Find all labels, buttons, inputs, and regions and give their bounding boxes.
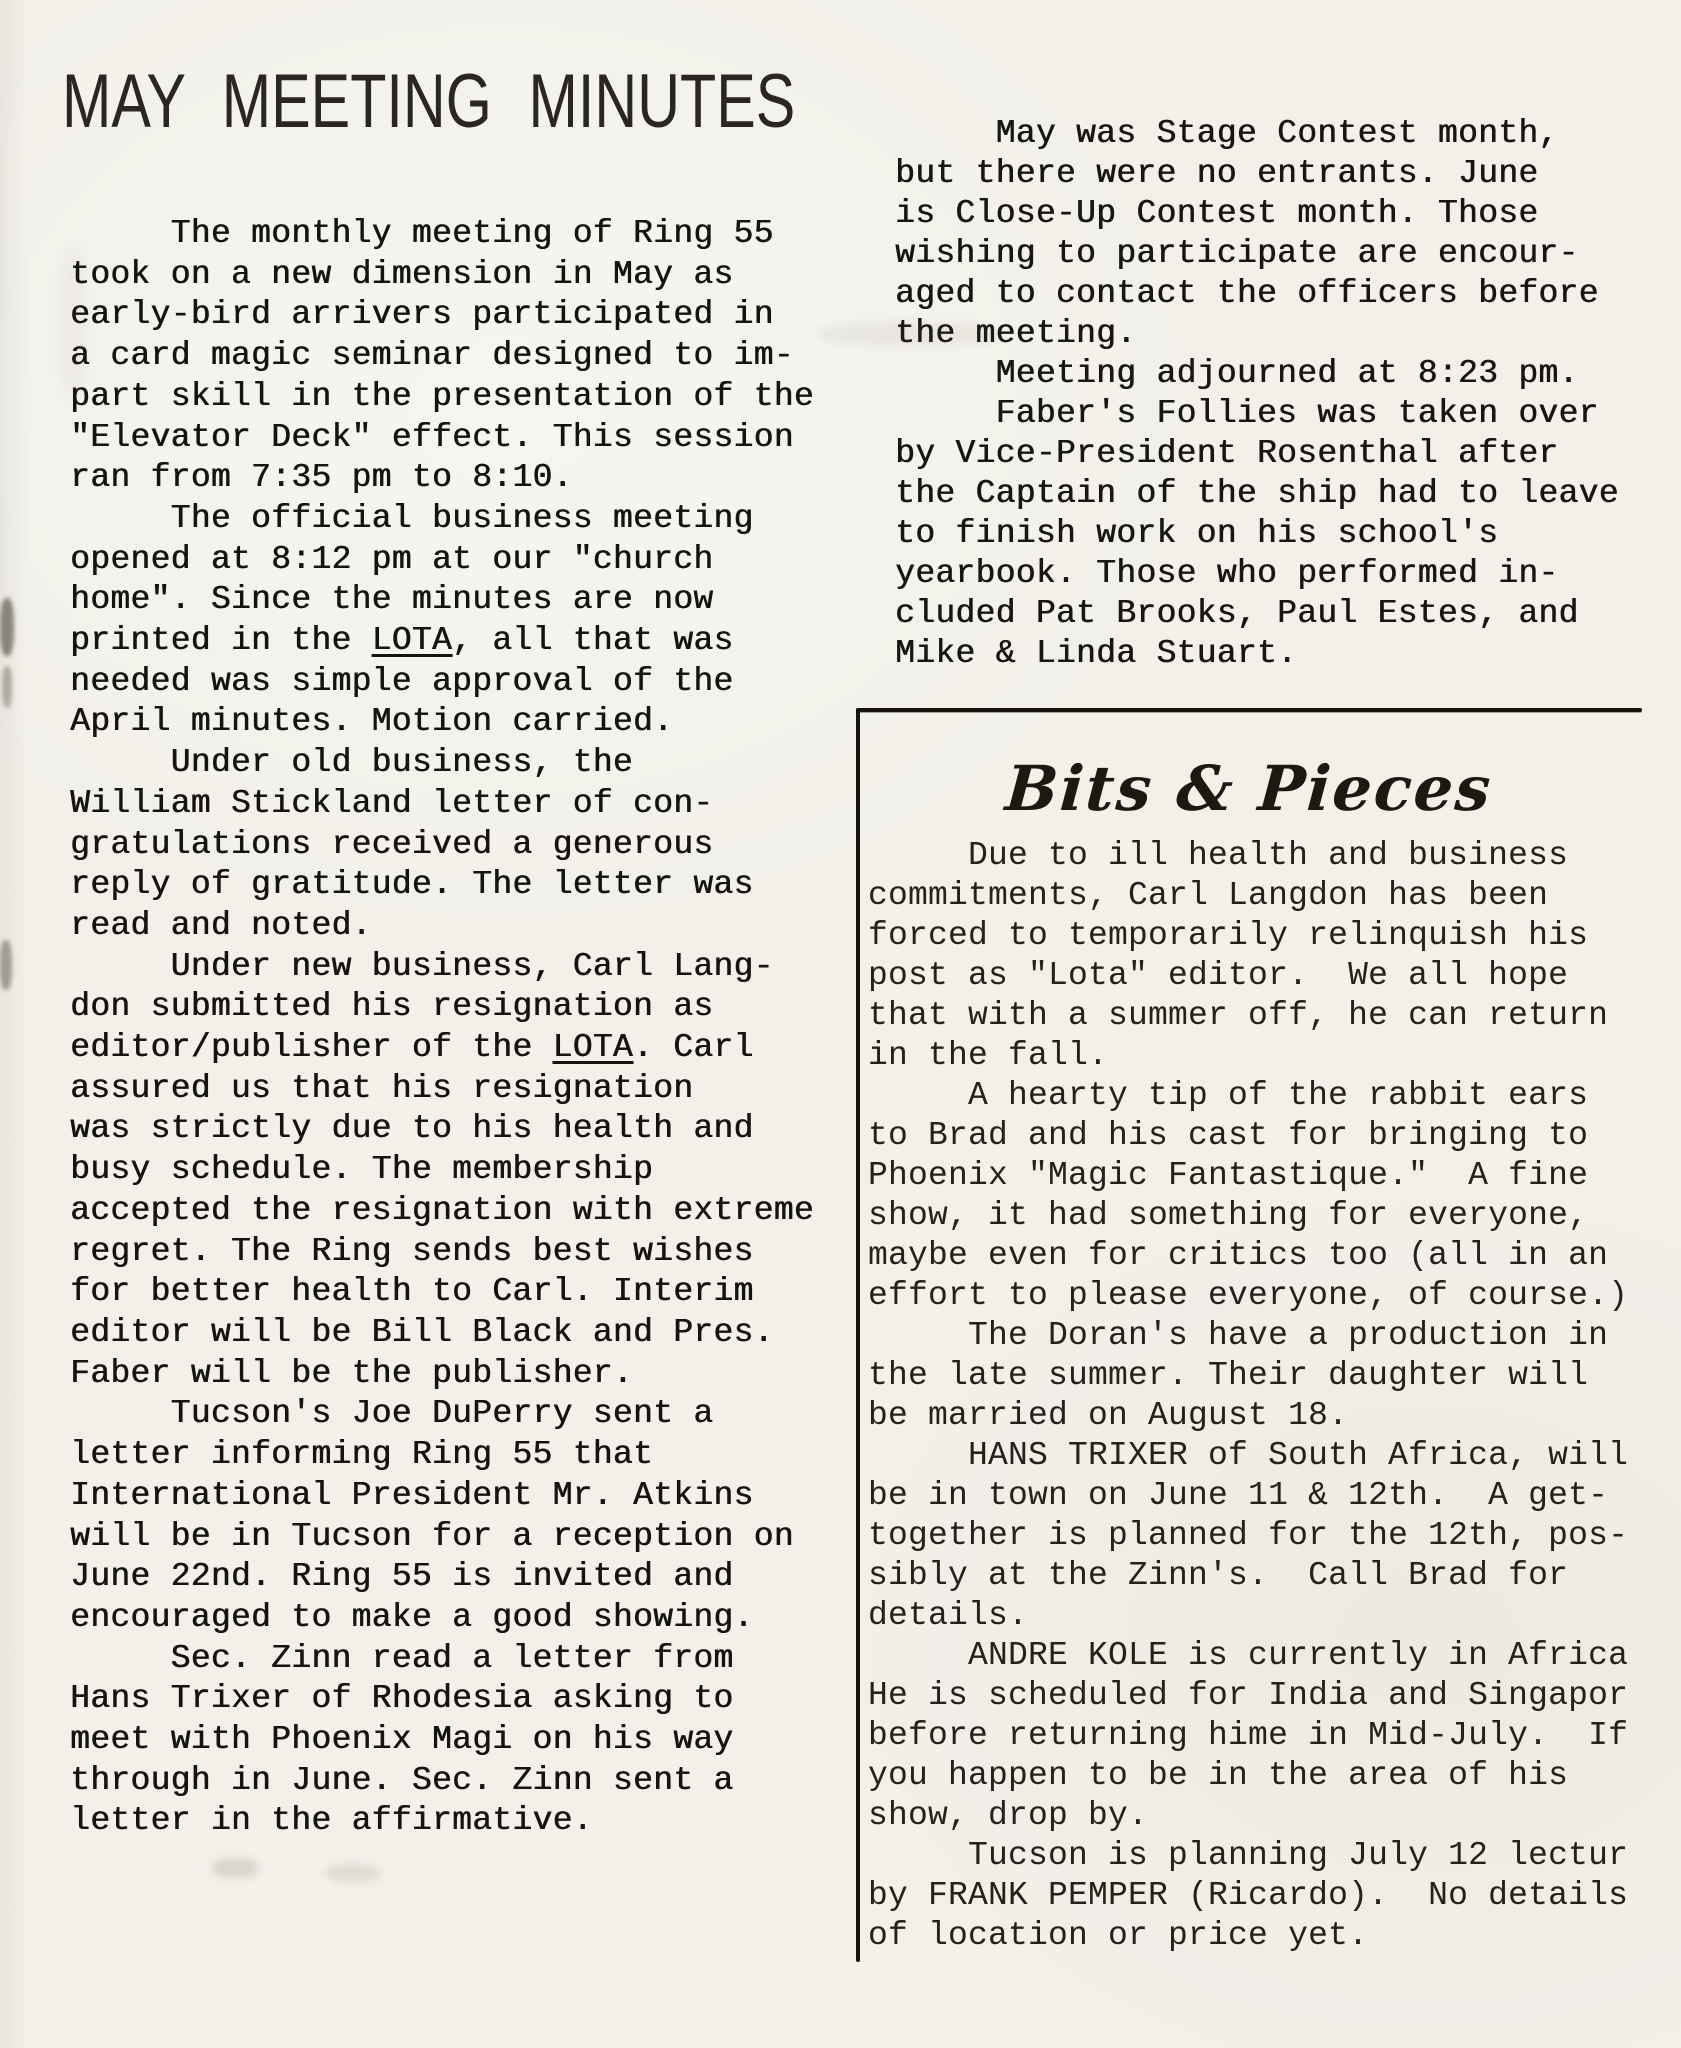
text-line: maybe even for critics too (all in an — [868, 1236, 1628, 1276]
text-line: needed was simple approval of the — [70, 662, 814, 703]
text-line: together is planned for the 12th, pos- — [868, 1516, 1628, 1556]
text-line: gratulations received a generous — [70, 825, 814, 866]
text-line: the Captain of the ship had to leave — [895, 474, 1619, 514]
text-line: letter in the affirmative. — [70, 1801, 814, 1842]
text-line: for better health to Carl. Interim — [70, 1272, 814, 1313]
text-line: details. — [868, 1596, 1628, 1636]
text-line: don submitted his resignation as — [70, 987, 814, 1028]
text-line: Under new business, Carl Lang- — [70, 947, 814, 988]
text-line: International President Mr. Atkins — [70, 1476, 814, 1517]
page-title: MAY MEETING MINUTES — [62, 58, 795, 145]
text-line: by FRANK PEMPER (Ricardo). No details — [868, 1876, 1628, 1916]
text-line: part skill in the presentation of the — [70, 377, 814, 418]
text-line: was strictly due to his health and — [70, 1109, 814, 1150]
text-line: The official business meeting — [70, 499, 814, 540]
text-line: commitments, Carl Langdon has been — [868, 876, 1628, 916]
newsletter-page: MAY MEETING MINUTES The monthly meeting … — [0, 0, 1681, 2048]
text-line: cluded Pat Brooks, Paul Estes, and — [895, 594, 1619, 634]
text-line: but there were no entrants. June — [895, 154, 1619, 194]
text-line: aged to contact the officers before — [895, 274, 1619, 314]
text-line: A hearty tip of the rabbit ears — [868, 1076, 1628, 1116]
text-line: Faber's Follies was taken over — [895, 394, 1619, 434]
text-line: yearbook. Those who performed in- — [895, 554, 1619, 594]
bits-pieces-box-left-border — [856, 708, 860, 1962]
text-line: reply of gratitude. The letter was — [70, 865, 814, 906]
text-line: early-bird arrivers participated in — [70, 295, 814, 336]
text-line: to Brad and his cast for bringing to — [868, 1116, 1628, 1156]
text-line: accepted the resignation with extreme — [70, 1191, 814, 1232]
text-line: printed in the LOTA, all that was — [70, 621, 814, 662]
text-line: editor will be Bill Black and Pres. — [70, 1313, 814, 1354]
bits-and-pieces-text: Due to ill health and businesscommitment… — [868, 836, 1628, 1956]
text-line: meet with Phoenix Magi on his way — [70, 1720, 814, 1761]
text-line: The Doran's have a production in — [868, 1316, 1628, 1356]
text-line: be married on August 18. — [868, 1396, 1628, 1436]
bits-pieces-box-top-border — [856, 708, 1642, 712]
text-line: show, it had something for everyone, — [868, 1196, 1628, 1236]
text-line: post as "Lota" editor. We all hope — [868, 956, 1628, 996]
text-line: read and noted. — [70, 906, 814, 947]
text-line: William Stickland letter of con- — [70, 784, 814, 825]
text-line: encouraged to make a good showing. — [70, 1598, 814, 1639]
text-line: the meeting. — [895, 314, 1619, 354]
text-line: sibly at the Zinn's. Call Brad for — [868, 1556, 1628, 1596]
text-line: to finish work on his school's — [895, 514, 1619, 554]
text-line: show, drop by. — [868, 1796, 1628, 1836]
text-line: Under old business, the — [70, 743, 814, 784]
text-line: Sec. Zinn read a letter from — [70, 1639, 814, 1680]
scan-artifact — [2, 666, 12, 708]
text-line: Tucson's Joe DuPerry sent a — [70, 1394, 814, 1435]
text-line: He is scheduled for India and Singapor — [868, 1676, 1628, 1716]
text-line: Tucson is planning July 12 lectur — [868, 1836, 1628, 1876]
text-line: opened at 8:12 pm at our "church — [70, 540, 814, 581]
text-line: effort to please everyone, of course.) — [868, 1276, 1628, 1316]
text-line: letter informing Ring 55 that — [70, 1435, 814, 1476]
text-line: June 22nd. Ring 55 is invited and — [70, 1557, 814, 1598]
text-line: editor/publisher of the LOTA. Carl — [70, 1028, 814, 1069]
text-line: The monthly meeting of Ring 55 — [70, 214, 814, 255]
text-line: busy schedule. The membership — [70, 1150, 814, 1191]
text-line: "Elevator Deck" effect. This session — [70, 418, 814, 459]
text-line: Faber will be the publisher. — [70, 1354, 814, 1395]
text-line: home". Since the minutes are now — [70, 580, 814, 621]
right-column-text: May was Stage Contest month,but there we… — [895, 114, 1619, 674]
text-line: Phoenix "Magic Fantastique." A fine — [868, 1156, 1628, 1196]
text-line: be in town on June 11 & 12th. A get- — [868, 1476, 1628, 1516]
text-line: Due to ill health and business — [868, 836, 1628, 876]
text-line: assured us that his resignation — [70, 1069, 814, 1110]
text-line: wishing to participate are encour- — [895, 234, 1619, 274]
text-line: the late summer. Their daughter will — [868, 1356, 1628, 1396]
bits-and-pieces-heading: Bits & Pieces — [853, 752, 1644, 825]
text-line: ANDRE KOLE is currently in Africa — [868, 1636, 1628, 1676]
text-line: of location or price yet. — [868, 1916, 1628, 1956]
text-line: HANS TRIXER of South Africa, will — [868, 1436, 1628, 1476]
text-line: you happen to be in the area of his — [868, 1756, 1628, 1796]
text-line: will be in Tucson for a reception on — [70, 1517, 814, 1558]
scan-artifact — [0, 598, 14, 656]
text-line: by Vice-President Rosenthal after — [895, 434, 1619, 474]
text-line: Meeting adjourned at 8:23 pm. — [895, 354, 1619, 394]
text-line: Hans Trixer of Rhodesia asking to — [70, 1679, 814, 1720]
text-line: Mike & Linda Stuart. — [895, 634, 1619, 674]
text-line: is Close-Up Contest month. Those — [895, 194, 1619, 234]
text-line: took on a new dimension in May as — [70, 255, 814, 296]
scan-artifact — [326, 1864, 380, 1882]
left-column-text: The monthly meeting of Ring 55took on a … — [70, 214, 814, 1842]
scan-artifact — [0, 940, 12, 990]
text-line: April minutes. Motion carried. — [70, 702, 814, 743]
text-line: in the fall. — [868, 1036, 1628, 1076]
text-line: regret. The Ring sends best wishes — [70, 1232, 814, 1273]
scan-artifact — [212, 1858, 258, 1878]
text-line: May was Stage Contest month, — [895, 114, 1619, 154]
text-line: forced to temporarily relinquish his — [868, 916, 1628, 956]
text-line: that with a summer off, he can return — [868, 996, 1628, 1036]
text-line: ran from 7:35 pm to 8:10. — [70, 458, 814, 499]
text-line: through in June. Sec. Zinn sent a — [70, 1761, 814, 1802]
text-line: a card magic seminar designed to im- — [70, 336, 814, 377]
text-line: before returning hime in Mid-July. If — [868, 1716, 1628, 1756]
